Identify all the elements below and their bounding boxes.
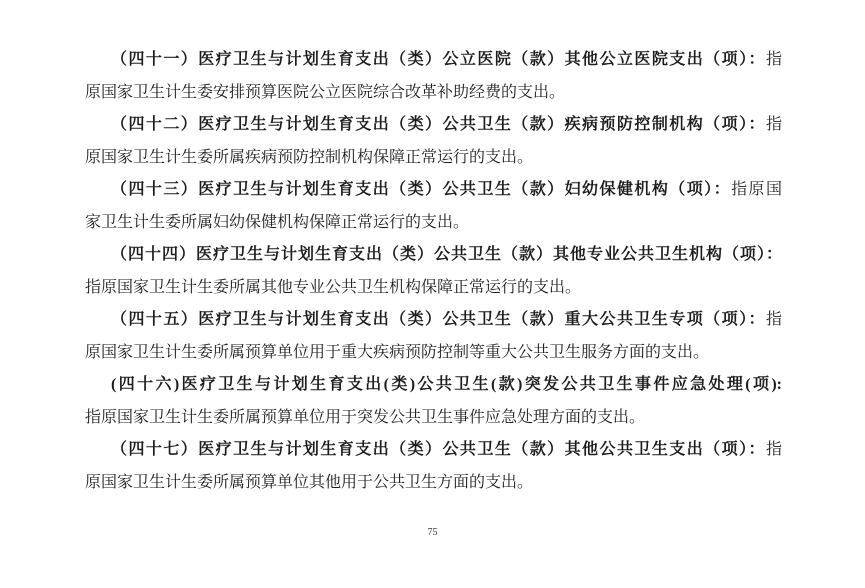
paragraph-lead: 指 <box>766 441 782 458</box>
paragraph-first-line: （四十二）医疗卫生与计划生育支出（类）公共卫生（款）疾病预防控制机构（项）：指 <box>85 109 782 142</box>
page-number: 75 <box>0 526 865 540</box>
paragraph-body-line: 指原国家卫生计生委所属其他专业公共卫生机构保障正常运行的支出。 <box>85 272 782 305</box>
paragraph: （四十一）医疗卫生与计划生育支出（类）公立医院（款）其他公立医院支出（项）：指 … <box>85 44 782 109</box>
paragraph: （四十七）医疗卫生与计划生育支出（类）公共卫生（款）其他公共卫生支出（项）：指 … <box>85 434 782 499</box>
paragraph-body-line: 原国家卫生计生委所属预算单位用于重大疾病预防控制等重大公共卫生服务方面的支出。 <box>85 337 782 370</box>
paragraph-lead: 指 <box>766 311 782 328</box>
paragraph-first-line: （四十七）医疗卫生与计划生育支出（类）公共卫生（款）其他公共卫生支出（项）：指 <box>85 434 782 467</box>
paragraph: (四十六)医疗卫生与计划生育支出(类)公共卫生(款)突发公共卫生事件应急处理(项… <box>85 369 782 434</box>
page-content: （四十一）医疗卫生与计划生育支出（类）公立医院（款）其他公立医院支出（项）：指 … <box>85 44 782 499</box>
paragraph-heading: (四十六)医疗卫生与计划生育支出(类)公共卫生(款)突发公共卫生事件应急处理(项… <box>111 376 782 393</box>
paragraph: （四十二）医疗卫生与计划生育支出（类）公共卫生（款）疾病预防控制机构（项）：指 … <box>85 109 782 174</box>
paragraph-first-line: (四十六)医疗卫生与计划生育支出(类)公共卫生(款)突发公共卫生事件应急处理(项… <box>85 369 782 402</box>
paragraph-heading: （四十四）医疗卫生与计划生育支出（类）公共卫生（款）其他专业公共卫生机构（项）： <box>111 246 782 263</box>
paragraph-heading: （四十七）医疗卫生与计划生育支出（类）公共卫生（款）其他公共卫生支出（项）： <box>111 441 766 458</box>
paragraph-heading: （四十一）医疗卫生与计划生育支出（类）公立医院（款）其他公立医院支出（项）： <box>111 51 766 68</box>
paragraph-first-line: （四十三）医疗卫生与计划生育支出（类）公共卫生（款）妇幼保健机构（项）：指原国 <box>85 174 782 207</box>
paragraph: （四十三）医疗卫生与计划生育支出（类）公共卫生（款）妇幼保健机构（项）：指原国 … <box>85 174 782 239</box>
paragraph-lead: 指 <box>766 51 782 68</box>
paragraph-heading: （四十五）医疗卫生与计划生育支出（类）公共卫生（款）重大公共卫生专项（项）： <box>111 311 766 328</box>
paragraph-body-line: 原国家卫生计生委所属预算单位其他用于公共卫生方面的支出。 <box>85 467 782 500</box>
paragraph-first-line: （四十四）医疗卫生与计划生育支出（类）公共卫生（款）其他专业公共卫生机构（项）： <box>85 239 782 272</box>
paragraph-body-line: 家卫生计生委所属妇幼保健机构保障正常运行的支出。 <box>85 207 782 240</box>
paragraph-first-line: （四十一）医疗卫生与计划生育支出（类）公立医院（款）其他公立医院支出（项）：指 <box>85 44 782 77</box>
paragraph-heading: （四十二）医疗卫生与计划生育支出（类）公共卫生（款）疾病预防控制机构（项）： <box>111 116 766 133</box>
paragraph-heading: （四十三）医疗卫生与计划生育支出（类）公共卫生（款）妇幼保健机构（项）： <box>111 181 731 198</box>
paragraph-body-line: 原国家卫生计生委安排预算医院公立医院综合改革补助经费的支出。 <box>85 77 782 110</box>
paragraph-body-line: 原国家卫生计生委所属疾病预防控制机构保障正常运行的支出。 <box>85 142 782 175</box>
paragraph: （四十四）医疗卫生与计划生育支出（类）公共卫生（款）其他专业公共卫生机构（项）：… <box>85 239 782 304</box>
paragraph-body-line: 指原国家卫生计生委所属预算单位用于突发公共卫生事件应急处理方面的支出。 <box>85 402 782 435</box>
paragraph-first-line: （四十五）医疗卫生与计划生育支出（类）公共卫生（款）重大公共卫生专项（项）：指 <box>85 304 782 337</box>
paragraph-lead: 指 <box>766 116 782 133</box>
paragraph: （四十五）医疗卫生与计划生育支出（类）公共卫生（款）重大公共卫生专项（项）：指 … <box>85 304 782 369</box>
paragraph-lead: 指原国 <box>731 181 782 198</box>
